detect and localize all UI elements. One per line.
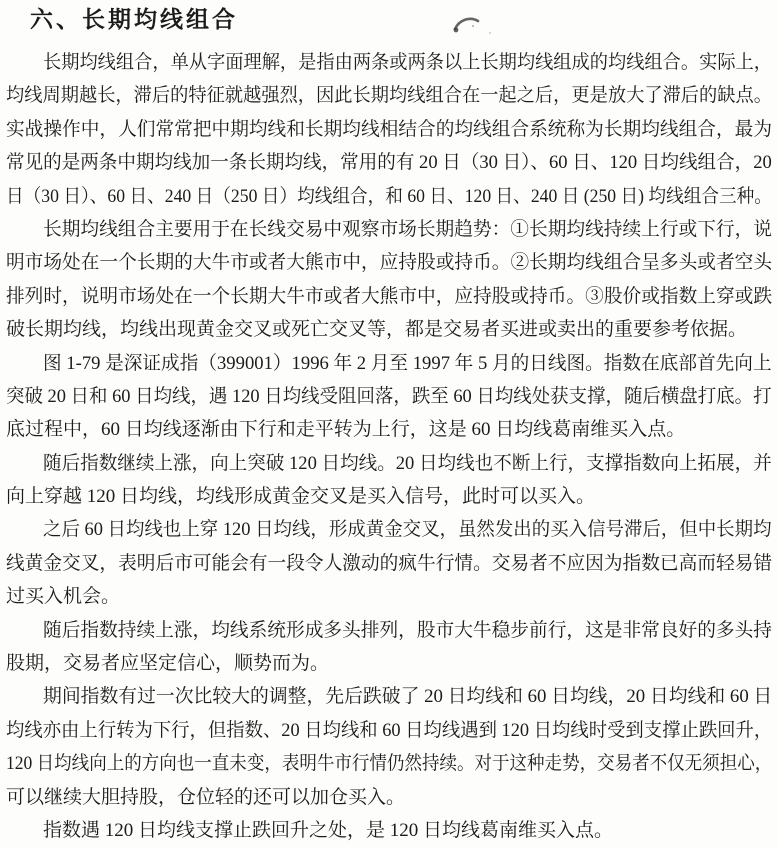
text-line-content: 图 1-79 是深证成指（399001）1996 年 2 月至 1997 年 5… (43, 347, 772, 380)
text-line-content: 之后 60 日均线也上穿 120 日均线，形成黄金交叉，虽然发出的买入信号滞后，… (43, 513, 772, 546)
text-line-content: 突破 20 日和 60 日均线，遇 120 日均线受阻回落，跌至 60 日均线处… (6, 380, 772, 413)
text-line: 指数遇 120 日均线支撑止跌回升之处，是 120 日均线葛南维买入点。 (6, 814, 772, 847)
text-line: 破长期均线，均线出现黄金交叉或死亡交叉等，都是交易者买进或卖出的重要参考依据。 (6, 313, 772, 346)
text-line-content: 明市场处在一个长期的大牛市或者大熊市中，应持股或持币。②长期均线组合呈多头或者空… (6, 246, 772, 279)
text-line-content: 股期，交易者应坚定信心，顺势而为。 (6, 647, 329, 680)
text-line: 股期，交易者应坚定信心，顺势而为。 (6, 647, 772, 680)
text-line: 常见的是两条中期均线加一条长期均线，常用的有 20 日（30 日）、60 日、1… (6, 146, 772, 179)
text-line-content: 随后指数继续上涨，向上突破 120 日均线。20 日均线也不断上行，支撑指数向上… (43, 447, 772, 480)
text-line-content: 可以继续大胆持股，仓位轻的还可以加仓买入。 (6, 781, 405, 814)
text-line-content: 长期均线组合主要用于在长线交易中观察市场长期趋势：①长期均线持续上行或下行，说 (43, 213, 772, 246)
text-line: 线黄金交叉，表明后市可能会有一段令人激动的疯牛行情。交易者不应因为指数已高而轻易… (6, 547, 772, 580)
text-line: 突破 20 日和 60 日均线，遇 120 日均线受阻回落，跌至 60 日均线处… (6, 380, 772, 413)
text-line: 均线周期越长，滞后的特征就越强烈，因此长期均线组合在一起之后，更是放大了滞后的缺… (6, 79, 772, 112)
text-line: 图 1-79 是深证成指（399001）1996 年 2 月至 1997 年 5… (6, 347, 772, 380)
page-title: 六、长期均线组合 (30, 6, 238, 33)
text-line: 期间指数有过一次比较大的调整，先后跌破了 20 日均线和 60 日均线，20 日… (6, 680, 772, 713)
text-line-content: 长期均线组合，单从字面理解，是指由两条或两条以上长期均线组成的均线组合。实际上， (43, 46, 772, 79)
text-line: 长期均线组合主要用于在长线交易中观察市场长期趋势：①长期均线持续上行或下行，说 (6, 213, 772, 246)
text-line: 明市场处在一个长期的大牛市或者大熊市中，应持股或持币。②长期均线组合呈多头或者空… (6, 246, 772, 279)
text-line: 随后指数持续上涨，均线系统形成多头排列，股市大牛稳步前行，这是非常良好的多头持 (6, 614, 772, 647)
text-line-content: 指数遇 120 日均线支撑止跌回升之处，是 120 日均线葛南维买入点。 (43, 814, 613, 847)
text-line-content: 均线周期越长，滞后的特征就越强烈，因此长期均线组合在一起之后，更是放大了滞后的缺… (6, 79, 772, 112)
text-line: 120 日均线向上的方向也一直未变，表明牛市行情仍然持续。对于这种走势，交易者不… (6, 747, 772, 780)
text-line: 底过程中，60 日均线逐渐由下行和走平转为上行，这是 60 日均线葛南维买入点。 (6, 413, 772, 446)
ink-smudge-mark (450, 12, 502, 40)
text-line-content: 破长期均线，均线出现黄金交叉或死亡交叉等，都是交易者买进或卖出的重要参考依据。 (6, 313, 747, 346)
document-page: 六、长期均线组合 长期均线组合，单从字面理解，是指由两条或两条以上长期均线组成的… (0, 0, 778, 848)
text-line: 长期均线组合，单从字面理解，是指由两条或两条以上长期均线组成的均线组合。实际上， (6, 46, 772, 79)
text-line: 排列时，说明市场处在一个长期大牛市或者大熊市中，应持股或持币。③股价或指数上穿或… (6, 280, 772, 313)
text-line: 之后 60 日均线也上穿 120 日均线，形成黄金交叉，虽然发出的买入信号滞后，… (6, 513, 772, 546)
text-line-content: 实战操作中，人们常常把中期均线和长期均线相结合的均线组合系统称为长期均线组合，最… (6, 113, 772, 146)
text-line: 均线亦由上行转为下行，但指数、20 日均线和 60 日均线遇到 120 日均线时… (6, 714, 772, 747)
text-line: 随后指数继续上涨，向上突破 120 日均线。20 日均线也不断上行，支撑指数向上… (6, 447, 772, 480)
text-line: 可以继续大胆持股，仓位轻的还可以加仓买入。 (6, 781, 772, 814)
document-body: 长期均线组合，单从字面理解，是指由两条或两条以上长期均线组成的均线组合。实际上，… (6, 46, 772, 847)
text-line-content: 向上穿越 120 日均线，均线形成黄金交叉是买入信号，此时可以买入。 (6, 480, 595, 513)
text-line-content: 常见的是两条中期均线加一条长期均线，常用的有 20 日（30 日）、60 日、1… (6, 146, 772, 179)
text-line: 过买入机会。 (6, 580, 772, 613)
text-line-content: 日（30 日）、60 日、240 日（250 日）均线组合，和 60 日、120… (6, 180, 772, 213)
text-line-content: 底过程中，60 日均线逐渐由下行和走平转为上行，这是 60 日均线葛南维买入点。 (6, 413, 685, 446)
text-line-content: 均线亦由上行转为下行，但指数、20 日均线和 60 日均线遇到 120 日均线时… (6, 714, 772, 747)
text-line: 实战操作中，人们常常把中期均线和长期均线相结合的均线组合系统称为长期均线组合，最… (6, 113, 772, 146)
text-line-content: 排列时，说明市场处在一个长期大牛市或者大熊市中，应持股或持币。③股价或指数上穿或… (6, 280, 772, 313)
text-line-content: 期间指数有过一次比较大的调整，先后跌破了 20 日均线和 60 日均线，20 日… (43, 680, 772, 713)
text-line-content: 随后指数持续上涨，均线系统形成多头排列，股市大牛稳步前行，这是非常良好的多头持 (43, 614, 772, 647)
text-line-content: 线黄金交叉，表明后市可能会有一段令人激动的疯牛行情。交易者不应因为指数已高而轻易… (6, 547, 772, 580)
text-line-content: 120 日均线向上的方向也一直未变，表明牛市行情仍然持续。对于这种走势，交易者不… (6, 747, 772, 780)
text-line: 日（30 日）、60 日、240 日（250 日）均线组合，和 60 日、120… (6, 180, 772, 213)
text-line-content: 过买入机会。 (6, 580, 120, 613)
text-line: 向上穿越 120 日均线，均线形成黄金交叉是买入信号，此时可以买入。 (6, 480, 772, 513)
